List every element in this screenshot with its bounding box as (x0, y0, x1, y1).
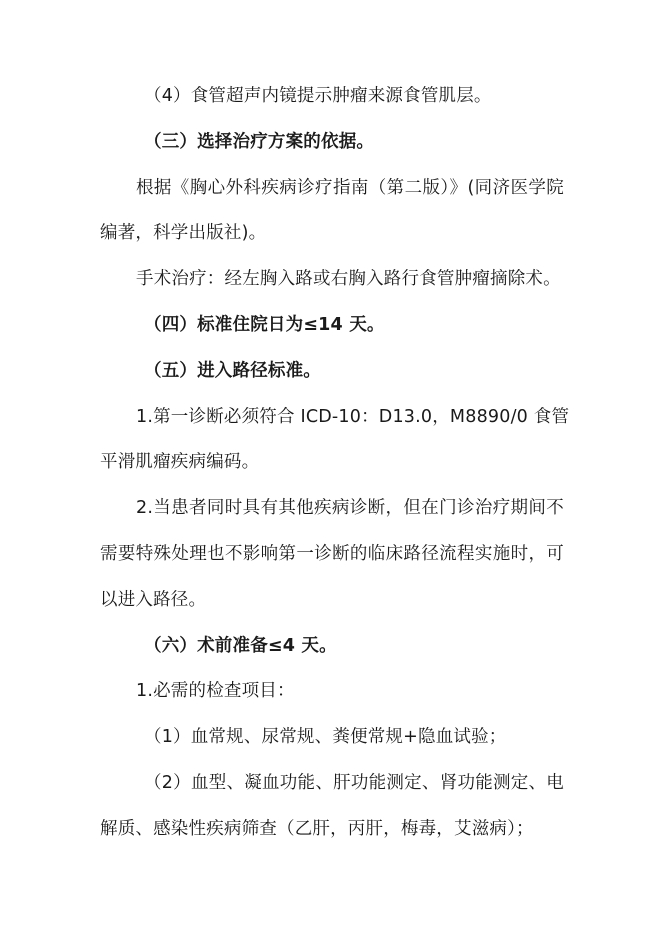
list-item-1-routine-tests: （1）血常规、尿常规、粪便常规+隐血试验； (100, 715, 564, 761)
paragraph-comorbid-line-1: 2.当患者同时具有其他疾病诊断，但在门诊治疗期间不 (100, 486, 564, 532)
section-heading-3: （三）选择治疗方案的依据。 (100, 120, 564, 166)
section-heading-4: （四）标准住院日为≤14 天。 (100, 303, 564, 349)
paragraph-basis-line-1: 根据《胸心外科疾病诊疗指南（第二版）》(同济医学院 (100, 166, 564, 212)
paragraph-basis-line-2: 编著，科学出版社)。 (100, 211, 564, 257)
paragraph-required-tests: 1.必需的检查项目： (100, 669, 564, 715)
section-heading-5: （五）进入路径标准。 (100, 349, 564, 395)
document-page: （4）食管超声内镜提示肿瘤来源食管肌层。 （三）选择治疗方案的依据。 根据《胸心… (100, 74, 564, 853)
paragraph-diagnosis-line-2: 平滑肌瘤疾病编码。 (100, 440, 564, 486)
paragraph-comorbid-line-2: 需要特殊处理也不影响第一诊断的临床路径流程实施时，可 (100, 532, 564, 578)
section-heading-6: （六）术前准备≤4 天。 (100, 624, 564, 670)
paragraph-diagnosis-line-1: 1.第一诊断必须符合 ICD-10：D13.0，M8890/0 食管 (100, 395, 564, 441)
paragraph-surgery: 手术治疗：经左胸入路或右胸入路行食管肿瘤摘除术。 (100, 257, 564, 303)
list-item-2-blood-tests-line-1: （2）血型、凝血功能、肝功能测定、肾功能测定、电 (100, 761, 564, 807)
paragraph-comorbid-line-3: 以进入路径。 (100, 578, 564, 624)
list-item-4-endoscopy: （4）食管超声内镜提示肿瘤来源食管肌层。 (100, 74, 564, 120)
list-item-2-blood-tests-line-2: 解质、感染性疾病筛查（乙肝，丙肝，梅毒，艾滋病）； (100, 807, 564, 853)
